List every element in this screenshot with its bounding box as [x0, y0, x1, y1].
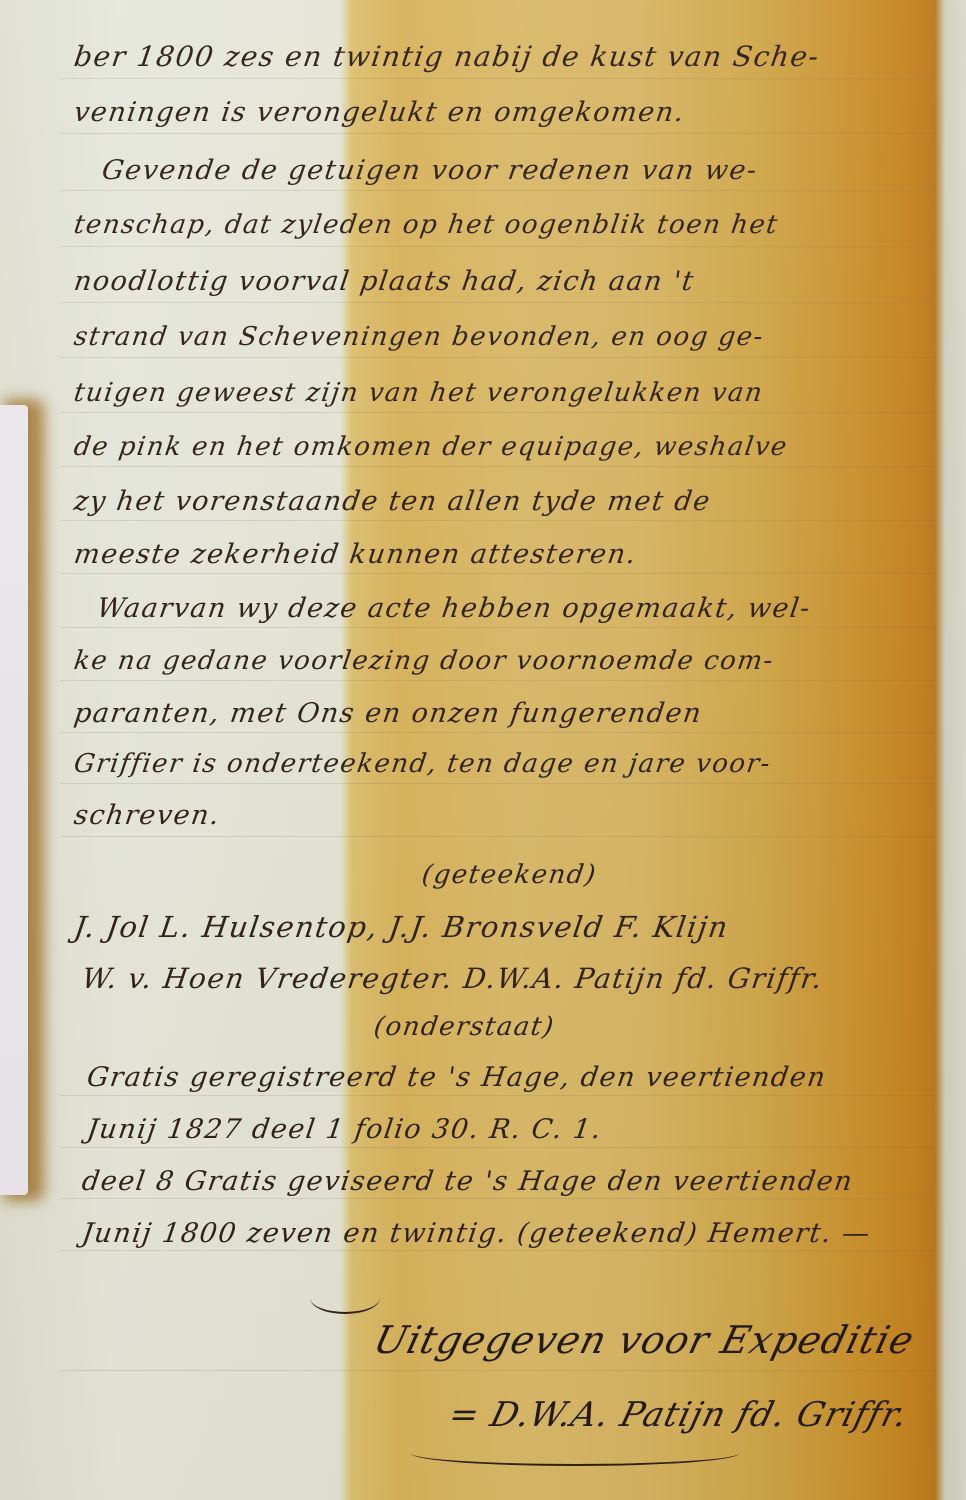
body-line: veningen is verongelukt en omgekomen.	[72, 97, 687, 128]
ruled-line	[60, 783, 936, 784]
registration-line: Junij 1827 deel 1 folio 30. R. C. 1.	[85, 1114, 604, 1145]
signature-line: J. Jol L. Hulsentop, J.J. Bronsveld F. K…	[72, 910, 731, 944]
inserted-paper-sheet	[0, 405, 28, 1195]
body-line: de pink en het omkomen der equipage, wes…	[72, 432, 790, 462]
body-line: zy het vorenstaande ten allen tyde met d…	[72, 486, 713, 517]
document-page: ber 1800 zes en twintig nabij de kust va…	[0, 0, 966, 1500]
body-line: meeste zekerheid kunnen attesteren.	[72, 539, 639, 570]
ruled-line	[60, 133, 936, 134]
ruled-line	[60, 1250, 936, 1251]
ruled-line	[60, 466, 936, 467]
body-line: tenschap, dat zyleden op het oogenblik t…	[72, 210, 780, 240]
ruled-line	[60, 836, 936, 837]
ruled-line	[60, 78, 936, 79]
ruled-line	[60, 1147, 936, 1148]
body-line: Waarvan wy deze acte hebben opgemaakt, w…	[95, 593, 813, 624]
signed-label: (geteekend)	[420, 860, 599, 890]
ruled-line	[60, 732, 936, 733]
ruled-line	[60, 246, 936, 247]
ruled-line	[60, 357, 936, 358]
ruled-line	[60, 412, 936, 413]
closing-title: Uitgegeven voor Expeditie	[370, 1318, 919, 1362]
closing-signature: = D.W.A. Patijn fd. Griffr.	[445, 1395, 912, 1435]
ruled-line	[60, 520, 936, 521]
registration-line: deel 8 Gratis geviseerd te 's Hage den v…	[80, 1166, 855, 1197]
body-line: strand van Scheveningen bevonden, en oog…	[72, 322, 766, 352]
ruled-line	[60, 680, 936, 681]
ruled-line	[60, 627, 936, 628]
signature-underline-flourish	[410, 1440, 740, 1466]
registration-line: Junij 1800 zeven en twintig. (geteekend)…	[80, 1218, 873, 1249]
body-line: Griffier is onderteekend, ten dage en ja…	[72, 749, 773, 779]
ruled-line	[60, 1095, 936, 1096]
registration-line: Gratis geregistreerd te 's Hage, den vee…	[85, 1062, 828, 1093]
flourish-ornament	[310, 1282, 380, 1314]
ruled-line	[60, 573, 936, 574]
below-label: (onderstaat)	[372, 1012, 557, 1042]
ruled-line	[60, 1198, 936, 1199]
body-line: tuigen geweest zijn van het verongelukke…	[72, 378, 765, 408]
ruled-line	[60, 190, 936, 191]
body-line: paranten, met Ons en onzen fungerenden	[72, 698, 704, 729]
ruled-line	[60, 302, 936, 303]
body-line: ke na gedane voorlezing door voornoemde …	[72, 646, 776, 676]
body-line: schreven.	[72, 800, 222, 831]
ruled-line	[60, 1370, 936, 1371]
body-line: ber 1800 zes en twintig nabij de kust va…	[72, 40, 822, 73]
signature-line: W. v. Hoen Vrederegter. D.W.A. Patijn fd…	[80, 962, 825, 995]
body-line: noodlottig voorval plaats had, zich aan …	[72, 266, 697, 297]
body-line: Gevende de getuigen voor redenen van we-	[100, 155, 760, 186]
